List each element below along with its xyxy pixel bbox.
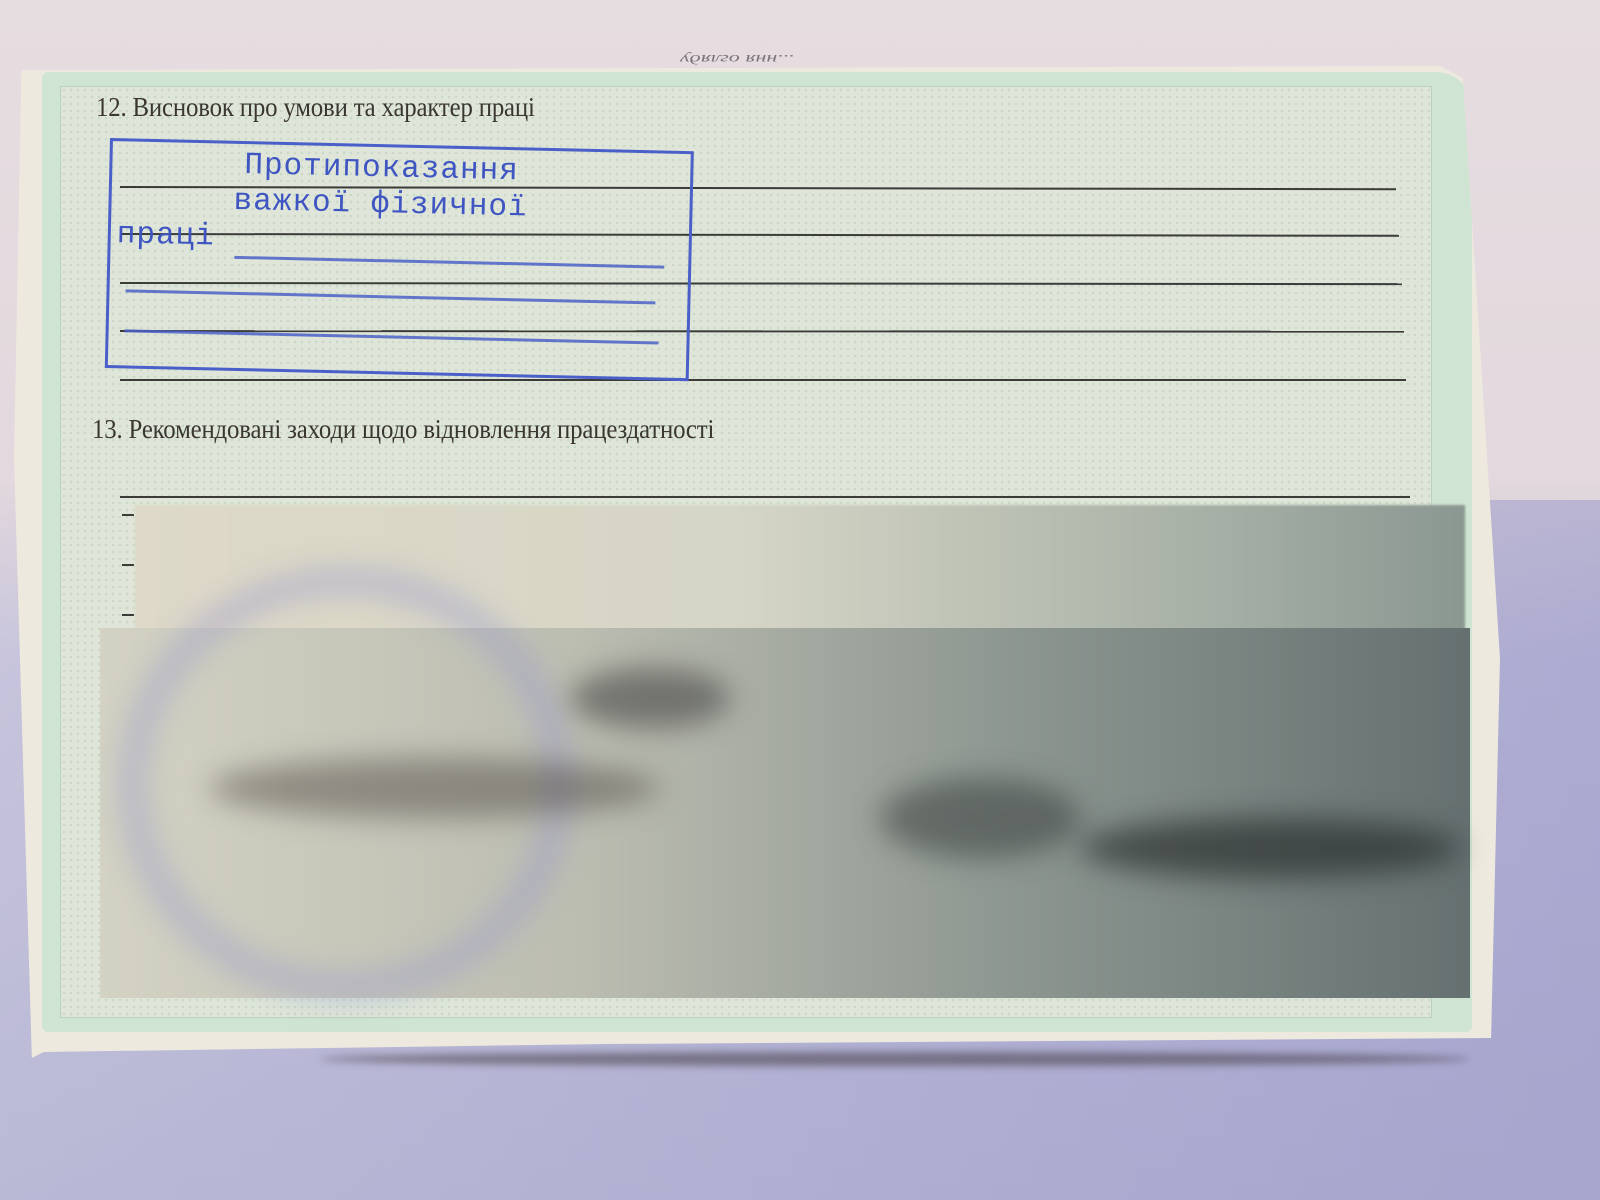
redacted-area-main — [100, 628, 1470, 998]
blurred-signature — [880, 778, 1080, 858]
ruled-line — [120, 379, 1406, 381]
stamp-rule — [126, 289, 656, 304]
section-number: 12. — [96, 92, 127, 122]
section-number: 13. — [92, 414, 123, 444]
section-13-heading: 13. Рекомендовані заходи щодо відновленн… — [92, 414, 714, 445]
blurred-text — [210, 758, 660, 818]
stamp-line-1: Протипоказання — [244, 148, 519, 189]
line-start-dash — [122, 514, 134, 516]
cut-off-text: ...ння огляду — [680, 51, 794, 67]
line-start-dash — [122, 564, 134, 566]
stamp: Протипоказання важкої фізичної праці — [105, 138, 694, 381]
stamp-line-3: праці — [116, 217, 215, 254]
line-start-dash — [122, 614, 134, 616]
blurred-name — [1080, 818, 1460, 878]
stamp-rule — [234, 256, 664, 269]
page-edge-shadow — [320, 1052, 1470, 1066]
section-title: Рекомендовані заходи щодо відновлення пр… — [129, 414, 715, 444]
blurred-text — [570, 668, 730, 728]
ruled-line — [120, 496, 1410, 498]
stamp-rule — [125, 329, 659, 344]
section-title: Висновок про умови та характер праці — [133, 92, 535, 122]
stamp-line-2: важкої фізичної — [233, 184, 528, 226]
section-12-heading: 12. Висновок про умови та характер праці — [96, 92, 535, 123]
